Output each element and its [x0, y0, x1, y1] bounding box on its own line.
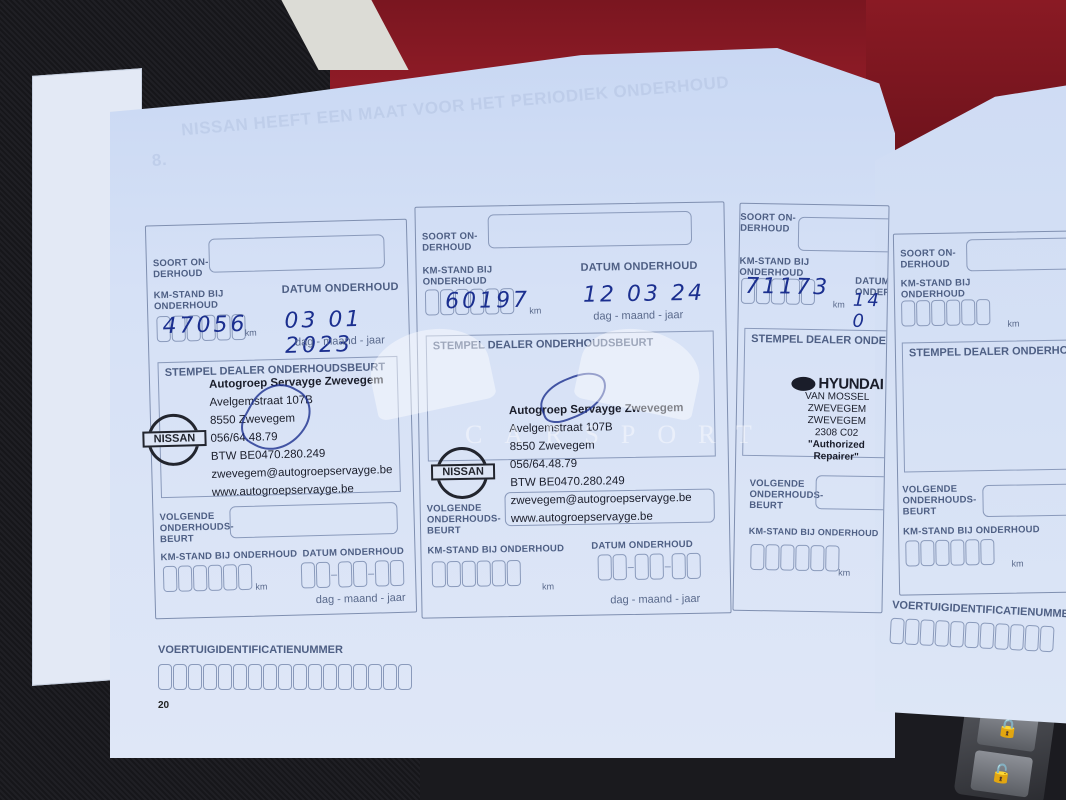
hyundai-logo: HYUNDAI [789, 377, 885, 393]
vin-cells[interactable] [158, 664, 412, 690]
page-number: 20 [158, 700, 169, 711]
dealer-stamp-box: STEMPEL DEALER ONDERHOUDSBEURT [902, 339, 1066, 472]
service-entry-4: SOORT ON- DERHOUD KM-STAND BIJ ONDERHOUD… [893, 230, 1066, 595]
next-service-field[interactable] [504, 489, 715, 527]
service-type-field[interactable] [488, 211, 693, 249]
date-value: 14 0 [852, 290, 887, 333]
next-service-field[interactable] [982, 483, 1066, 517]
km-value: 71173 [745, 274, 830, 300]
service-type-field[interactable] [966, 237, 1066, 271]
date-value: 12 03 24 [583, 281, 705, 308]
service-type-field[interactable] [208, 234, 385, 273]
vin-label: VOERTUIGIDENTIFICATIENUMMER [158, 644, 343, 656]
dealer-stamp: HYUNDAI VAN MOSSEL ZWEVEGEM ZWEVEGEM 230… [788, 377, 885, 465]
service-entry-3: SOORT ON- DERHOUD KM-STAND BIJ ONDERHOUD… [732, 203, 889, 614]
km-value: 60197 [445, 288, 530, 314]
carsport-watermark: CARSPORT [370, 330, 700, 460]
unlock-icon: 🔓 [970, 750, 1033, 798]
service-type-field[interactable] [798, 217, 890, 253]
next-service-field[interactable] [229, 502, 398, 538]
km-value: 47056 [162, 312, 248, 339]
next-service-field[interactable] [815, 475, 889, 511]
